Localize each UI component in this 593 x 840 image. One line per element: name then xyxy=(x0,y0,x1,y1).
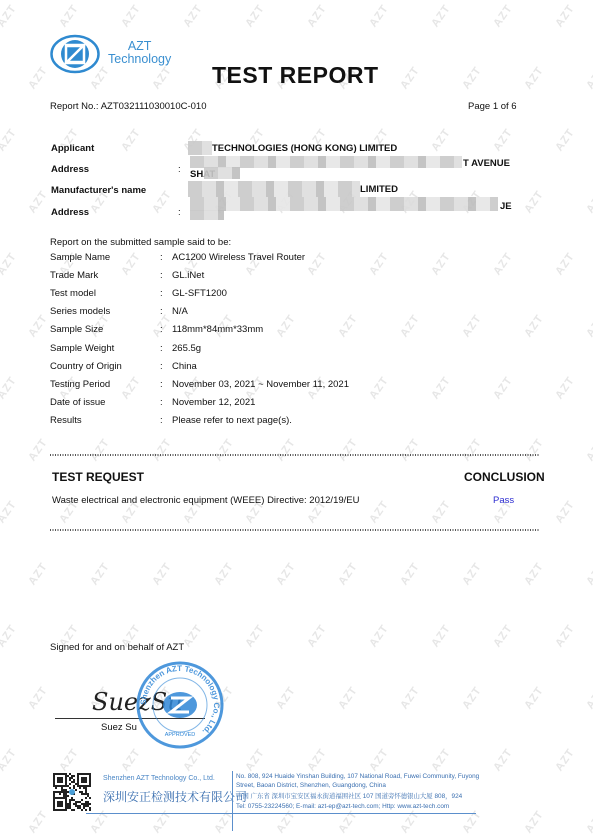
colon: : xyxy=(160,306,163,317)
divider-asterisks xyxy=(50,454,540,456)
colon: : xyxy=(160,415,163,426)
address-label: Address xyxy=(51,164,89,175)
sample-info-value: GL.iNet xyxy=(172,270,204,281)
page-indicator: Page 1 of 6 xyxy=(468,101,517,112)
redaction-block xyxy=(188,181,360,197)
footer-address-cn: 中国 广东省 深圳市宝安区福永街道福围社区 107 国道旁怀德银山大厦 808，… xyxy=(236,793,462,802)
colon: : xyxy=(160,361,163,372)
colon: : xyxy=(160,288,163,299)
address-value: JE xyxy=(500,201,512,212)
sample-info-value: Please refer to next page(s). xyxy=(172,415,292,426)
colon: : xyxy=(160,343,163,354)
sample-info-label: Test model xyxy=(50,288,96,299)
sample-info-value: AC1200 Wireless Travel Router xyxy=(172,252,305,263)
sample-info-label: Sample Size xyxy=(50,324,103,335)
redaction-block xyxy=(188,141,212,155)
sample-info-label: Date of issue xyxy=(50,397,105,408)
signed-statement: Signed for and on behalf of AZT xyxy=(50,642,184,653)
sample-info-value: GL-SFT1200 xyxy=(172,288,227,299)
colon: : xyxy=(160,379,163,390)
conclusion-heading: CONCLUSION xyxy=(464,470,545,484)
divider-asterisks xyxy=(50,529,540,531)
colon: : xyxy=(160,397,163,408)
conclusion-result: Pass xyxy=(493,495,514,506)
footer-divider-horizontal xyxy=(86,813,476,814)
manufacturer-label: Manufacturer's name xyxy=(51,185,146,196)
sample-info-label: Series models xyxy=(50,306,110,317)
sample-info-label: Testing Period xyxy=(50,379,110,390)
test-request-item: Waste electrical and electronic equipmen… xyxy=(52,495,359,506)
colon: : xyxy=(160,252,163,263)
sample-info-label: Trade Mark xyxy=(50,270,98,281)
report-number: Report No.: AZT032111030010C-010 xyxy=(50,101,207,112)
footer-company-en: Shenzhen AZT Technology Co., Ltd. xyxy=(103,775,215,782)
footer-address-line1: No. 808, 924 Huaide Yinshan Building, 10… xyxy=(236,773,479,782)
svg-text:APPROVED: APPROVED xyxy=(165,732,196,738)
logo-wordmark: AZT Technology xyxy=(108,40,171,66)
sample-info-value: November 12, 2021 xyxy=(172,397,255,408)
applicant-value: TECHNOLOGIES (HONG KONG) LIMITED xyxy=(212,143,397,154)
sample-info-value: China xyxy=(172,361,197,372)
footer-address-line2: Street, Baoan District, Shenzhen, Guangd… xyxy=(236,782,386,791)
sample-info-value: N/A xyxy=(172,306,188,317)
redaction-block xyxy=(190,197,498,211)
footer-divider-vertical xyxy=(232,771,233,831)
sample-info-label: Country of Origin xyxy=(50,361,122,372)
sample-info-value: 265.5g xyxy=(172,343,201,354)
footer-company-cn: 深圳安正检测技术有限公司 xyxy=(103,788,247,805)
colon: : xyxy=(160,324,163,335)
colon: : xyxy=(178,164,181,175)
colon: : xyxy=(178,207,181,218)
watermark-pattern: AZTAZTAZTAZTAZTAZTAZTAZTAZTAZTAZTAZTAZTA… xyxy=(0,0,593,840)
sample-info-value: 118mm*84mm*33mm xyxy=(172,324,263,335)
colon: : xyxy=(160,270,163,281)
test-request-heading: TEST REQUEST xyxy=(52,470,144,484)
footer-contact: Tel: 0755-23224560; E-mail: azt-ep@azt-t… xyxy=(236,803,449,812)
manufacturer-value: LIMITED xyxy=(360,184,398,195)
sample-info-label: Sample Weight xyxy=(50,343,114,354)
page-title: TEST REPORT xyxy=(212,62,379,89)
logo-text-technology: Technology xyxy=(108,53,171,66)
sample-info-label: Sample Name xyxy=(50,252,110,263)
sample-intro: Report on the submitted sample said to b… xyxy=(50,237,231,248)
azt-logo-icon xyxy=(50,34,100,74)
redaction-block xyxy=(204,167,240,179)
company-stamp-icon: Shenzhen AZT Technology Co., Ltd. APPROV… xyxy=(135,660,225,750)
sample-info-value: November 03, 2021 ~ November 11, 2021 xyxy=(172,379,349,390)
address-label: Address xyxy=(51,207,89,218)
applicant-label: Applicant xyxy=(51,143,94,154)
qr-code-icon xyxy=(53,773,91,811)
redaction-block xyxy=(190,210,224,220)
signer-name: Suez Su xyxy=(101,722,137,733)
address-value-line1: T AVENUE xyxy=(463,158,510,169)
sample-info-label: Results xyxy=(50,415,82,426)
